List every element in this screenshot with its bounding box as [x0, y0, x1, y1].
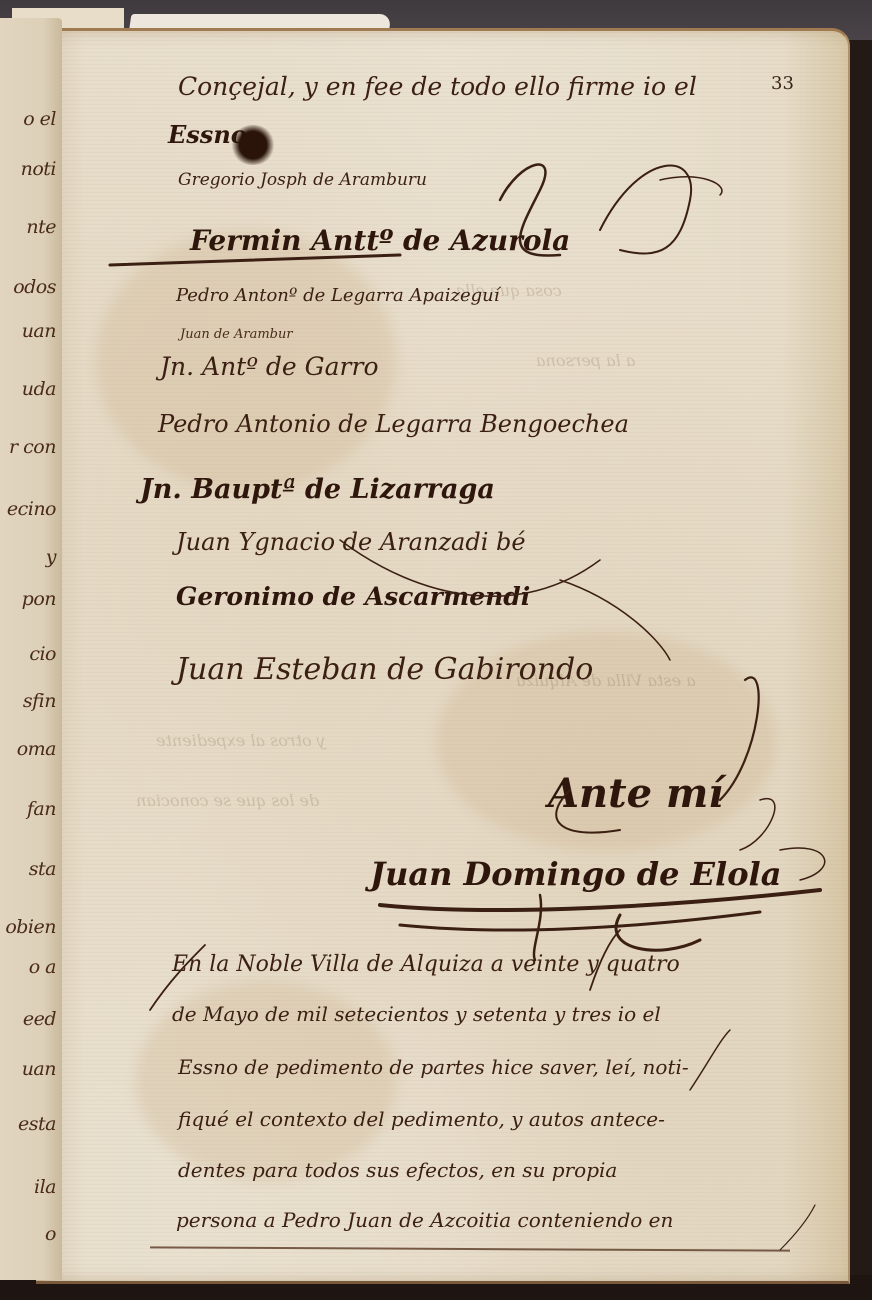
pen-flourishes	[0, 0, 872, 1300]
